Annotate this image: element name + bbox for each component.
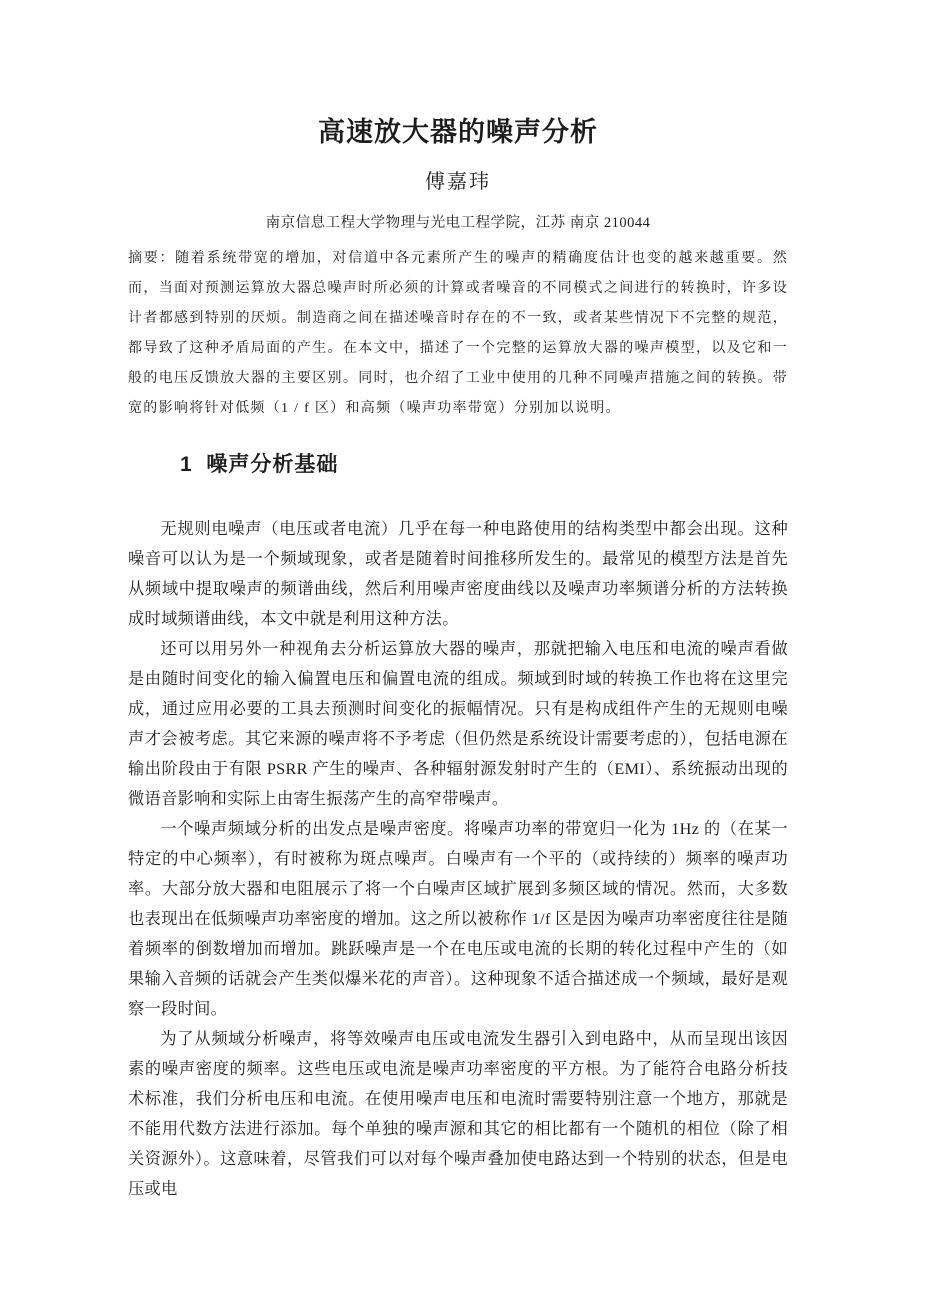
body-paragraph-4: 为了从频域分析噪声，将等效噪声电压或电流发生器引入到电路中，从而呈现出该因素的噪… xyxy=(128,1024,788,1204)
abstract-paragraph: 摘要：随着系统带宽的增加，对信道中各元素所产生的噪声的精确度估计也变的越来越重要… xyxy=(128,244,788,424)
author-affiliation: 南京信息工程大学物理与光电工程学院，江苏 南京 210044 xyxy=(128,212,788,234)
author-name: 傅嘉玮 xyxy=(128,168,788,196)
body-paragraph-1: 无规则电噪声（电压或者电流）几乎在每一种电路使用的结构类型中都会出现。这种噪音可… xyxy=(128,514,788,634)
paper-page: 高速放大器的噪声分析 傅嘉玮 南京信息工程大学物理与光电工程学院，江苏 南京 2… xyxy=(0,0,926,1309)
body-paragraph-3: 一个噪声频域分析的出发点是噪声密度。将噪声功率的带宽归一化为 1Hz 的（在某一… xyxy=(128,814,788,1024)
paper-title: 高速放大器的噪声分析 xyxy=(128,112,788,152)
section-1-heading: 1 噪声分析基础 xyxy=(128,450,788,480)
body-paragraph-2: 还可以用另外一种视角去分析运算放大器的噪声，那就把输入电压和电流的噪声看做是由随… xyxy=(128,634,788,814)
